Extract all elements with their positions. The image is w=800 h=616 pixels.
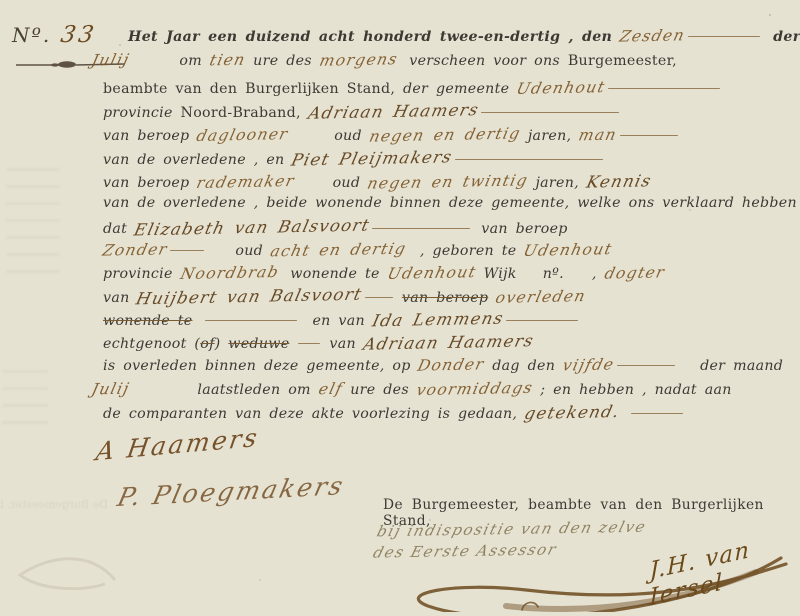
form-line-10: Zonderoud acht en dertig, geboren te Ude…: [103, 241, 612, 259]
handwritten-text: Donder: [416, 355, 486, 374]
official-handwritten-note-1: bij indispositie van den zelve: [375, 518, 649, 541]
printed-text: van: [103, 290, 137, 306]
printed-text: van beroep: [481, 221, 567, 237]
form-line-9: dat Elizabeth van Balsvoortvan beroep: [103, 218, 568, 237]
ink-rule: [688, 36, 760, 37]
printed-text: oud: [334, 128, 369, 144]
printed-text: van de overledene , en: [103, 152, 292, 168]
handwritten-text: morgens: [317, 50, 399, 70]
handwritten-text: rademaker: [195, 172, 297, 192]
printed-text: oud: [235, 243, 270, 259]
handwritten-text: vijfde: [561, 355, 617, 374]
handwritten-text: overleden: [494, 287, 588, 307]
handwritten-text: Julij: [90, 51, 132, 70]
form-line-11: provincie Noordbrabwonende te UdenhoutWi…: [103, 264, 664, 282]
handwritten-text: Kennis: [584, 171, 653, 191]
cutoff-mark-icon: [520, 599, 542, 613]
struck-text: van beroep: [402, 290, 488, 306]
form-line-17: de comparanten van deze akte voorlezing …: [103, 403, 686, 422]
handwritten-text: dogter: [602, 263, 666, 282]
printed-text: der maand: [773, 29, 800, 45]
printed-text: der maand: [700, 358, 783, 374]
printed-text: provincie: [103, 105, 181, 121]
struck-text: weduwe: [228, 336, 289, 352]
ink-rule: [372, 228, 470, 229]
printed-text: van beroep: [103, 128, 197, 144]
printed-text: en van: [312, 313, 372, 329]
signature-flourish-icon: [346, 538, 794, 612]
form-line-6: van de overledene , en Piet Pleijmakers: [103, 149, 606, 168]
printed-text: is overleden binnen deze gemeente, op: [103, 358, 418, 374]
handwritten-text: negen en dertig: [367, 124, 522, 145]
handwritten-text: acht en dertig: [268, 240, 408, 261]
bleed-through-stripes: [6, 168, 60, 278]
record-number: Nº.33: [12, 22, 97, 48]
handwritten-text: Zonder: [101, 240, 170, 259]
printed-text: van: [329, 336, 363, 352]
handwritten-text: Piet Pleijmakers: [290, 147, 455, 169]
handwritten-text: negen en twintig: [366, 171, 531, 192]
ink-rule: [620, 135, 678, 136]
printed-text: wonende te: [290, 266, 387, 282]
witness-signature-1: A Haamers: [94, 423, 261, 467]
record-number-label: Nº.: [12, 23, 51, 47]
printed-text: der gemeente: [403, 81, 517, 97]
form-line-12: van Huijbert van Balsvoortvan beroepover…: [103, 287, 586, 306]
handwritten-text: Ida Lemmens: [370, 309, 505, 331]
printed-text: provincie: [103, 266, 181, 282]
handwritten-text: Udenhout: [522, 240, 615, 260]
form-line-7: van beroep rademakeroud negen en twintig…: [103, 172, 651, 191]
ink-rule: [608, 88, 720, 89]
printed-text: Burgemeester,: [568, 53, 677, 69]
printed-text: jaren,: [520, 128, 579, 144]
handwritten-text: Elizabeth van Balsvoort: [132, 216, 372, 240]
printed-text: beambte van den Burgerlijken Stand,: [103, 81, 403, 97]
form-line-16: Julijlaatstleden om elf ure des voormidd…: [92, 380, 732, 398]
ink-rule: [205, 320, 297, 321]
form-line-3: beambte van den Burgerlijken Stand, der …: [103, 79, 723, 97]
form-line-14: echtgenoot (of) weduwevan Adriaan Haamer…: [103, 333, 533, 352]
printed-text: jaren,: [528, 175, 587, 191]
handwritten-text: elf: [317, 380, 345, 398]
handwritten-text: Adriaan Haamers: [361, 331, 536, 354]
printed-text: dag den: [484, 358, 562, 374]
printed-text: ure des: [245, 53, 319, 69]
handwritten-text: Udenhout: [515, 78, 608, 98]
ink-rule: [506, 320, 578, 321]
printed-text: de comparanten van deze akte voorlezing …: [103, 406, 525, 422]
form-line-8: van de overledene , beide wonende binnen…: [103, 195, 797, 211]
printed-text: van beroep: [103, 175, 197, 191]
struck-text: of: [200, 336, 214, 352]
printed-text: ure des: [342, 382, 416, 398]
ink-rule: [365, 297, 393, 298]
form-line-13: wonende teen van Ida Lemmens: [103, 310, 581, 329]
printed-text: echtgenoot (: [103, 336, 200, 352]
printed-text: ): [215, 336, 229, 352]
handwritten-text: Adriaan Haamers: [306, 100, 481, 123]
bleed-through-stripes: [2, 370, 48, 430]
struck-text: wonende te: [103, 313, 192, 329]
handwritten-text: daglooner: [195, 125, 291, 145]
printed-text: om: [179, 53, 209, 69]
handwritten-text: Huijbert van Balsvoort: [135, 285, 365, 309]
printed-text: nº.: [543, 266, 564, 282]
ink-rule: [298, 343, 320, 344]
form-line-5: van beroep daglooneroud negen en dertig …: [103, 126, 681, 144]
ink-rule: [170, 250, 204, 251]
ink-rule: [617, 365, 675, 366]
handwritten-text: getekend.: [523, 402, 622, 423]
handwritten-text: Julij: [90, 380, 132, 399]
printed-text: oud: [333, 175, 368, 191]
form-line-2: Julijom tien ure des morgensverscheen vo…: [92, 51, 677, 69]
printed-text: dat: [103, 221, 135, 237]
handwritten-text: tien: [208, 51, 248, 70]
ink-rule: [455, 159, 603, 160]
bleed-through-swirl: [0, 540, 120, 596]
printed-text: Noord-Braband,: [181, 105, 309, 121]
printed-text: laatstleden om: [197, 382, 318, 398]
printed-text: Het Jaar een duizend acht honderd twee-e…: [128, 29, 620, 45]
death-record-scan: Nº.33 Het Jaar een duizend acht honderd …: [0, 0, 800, 616]
bleed-through-text: De Burgemeester, beambte van den Burgerl…: [0, 498, 108, 514]
handwritten-text: Zesden: [618, 26, 687, 45]
form-line-4: provincie Noord-Braband, Adriaan Haamers: [103, 102, 622, 121]
printed-text: ; en hebben , nadat aan: [532, 382, 731, 398]
printed-text: van de overledene , beide wonende binnen…: [103, 195, 797, 211]
ink-rule: [481, 112, 619, 113]
handwritten-text: voormiddags: [414, 379, 534, 399]
ink-rule: [631, 413, 683, 414]
printed-text: , geboren te: [420, 243, 524, 259]
witness-signature-2: P. Ploegmakers: [115, 471, 348, 512]
record-number-value: 33: [59, 22, 99, 48]
handwritten-text: man: [577, 126, 619, 145]
form-line-1: Het Jaar een duizend acht honderd twee-e…: [128, 27, 800, 45]
handwritten-text: Noordbrab: [178, 263, 280, 283]
form-line-15: is overleden binnen deze gemeente, op Do…: [103, 356, 783, 374]
printed-text: verscheen voor ons: [409, 53, 568, 69]
printed-text: Wijk: [484, 266, 517, 282]
handwritten-text: Udenhout: [385, 263, 478, 283]
